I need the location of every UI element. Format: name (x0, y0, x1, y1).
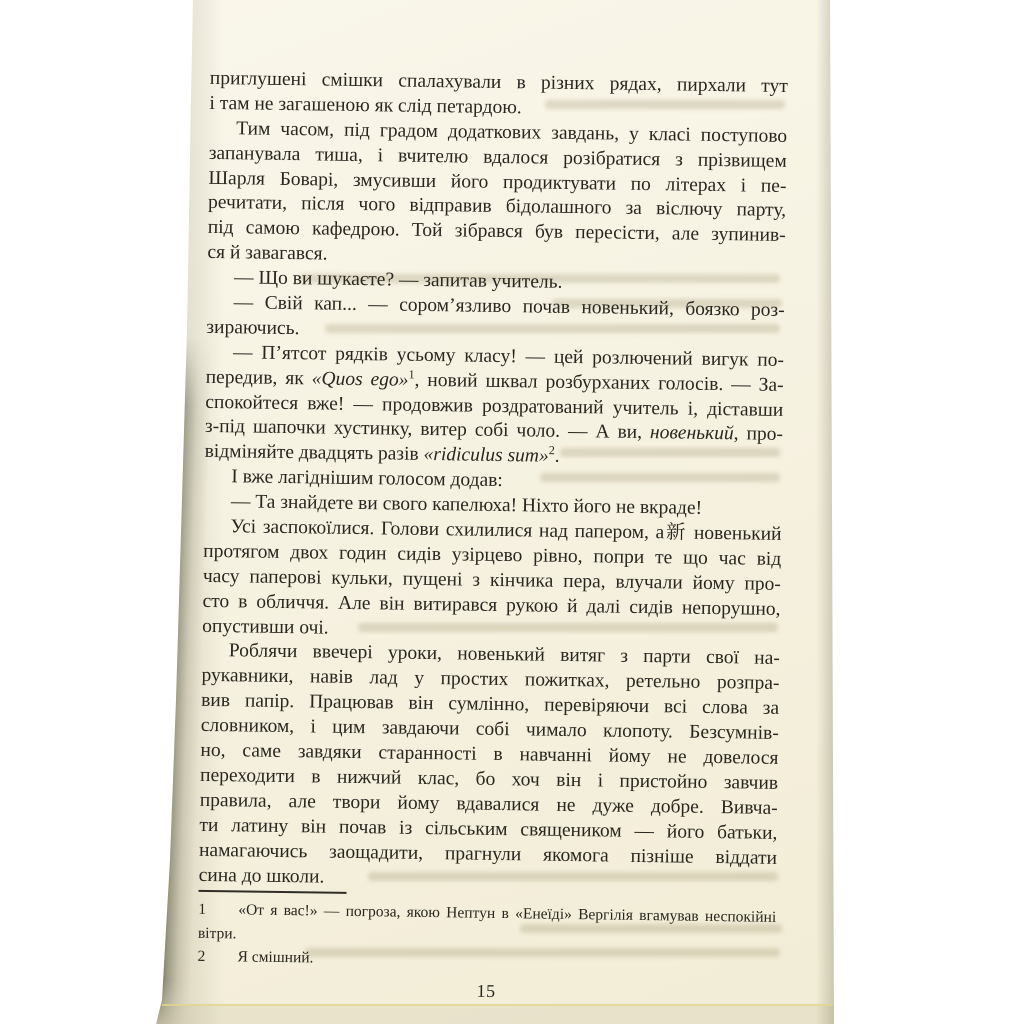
page-text-layer: приглушені смішки спалахували в різних р… (0, 0, 1024, 1024)
paragraph: Тим часом, під градом додаткових завдань… (207, 117, 787, 274)
paragraph: Усі заспокоїлися. Голови схилилися над п… (202, 515, 782, 648)
footnote-marker: 1 (198, 898, 238, 922)
footnote-marker: 2 (197, 945, 237, 969)
paragraph: Роблячи ввечері уроки, новенький витяг з… (199, 639, 780, 896)
footnote-separator (198, 890, 346, 894)
footnotes: 1«От я вас!» — погроза, якою Нептун в «Е… (197, 898, 776, 977)
paragraph: приглушені смішки спалахували в різних р… (209, 67, 788, 125)
page-number: 15 (197, 977, 775, 1006)
paragraph: — Свій кап... — сором’язливо почав новен… (206, 291, 785, 349)
paragraph: — П’ятсот рядків усьому класу! — цей роз… (204, 341, 784, 474)
book-page: приглушені смішки спалахували в різних р… (0, 0, 1024, 1024)
footnote: 1«От я вас!» — погроза, якою Нептун в «Е… (198, 898, 777, 953)
page-text: приглушені смішки спалахували в різних р… (199, 67, 788, 896)
